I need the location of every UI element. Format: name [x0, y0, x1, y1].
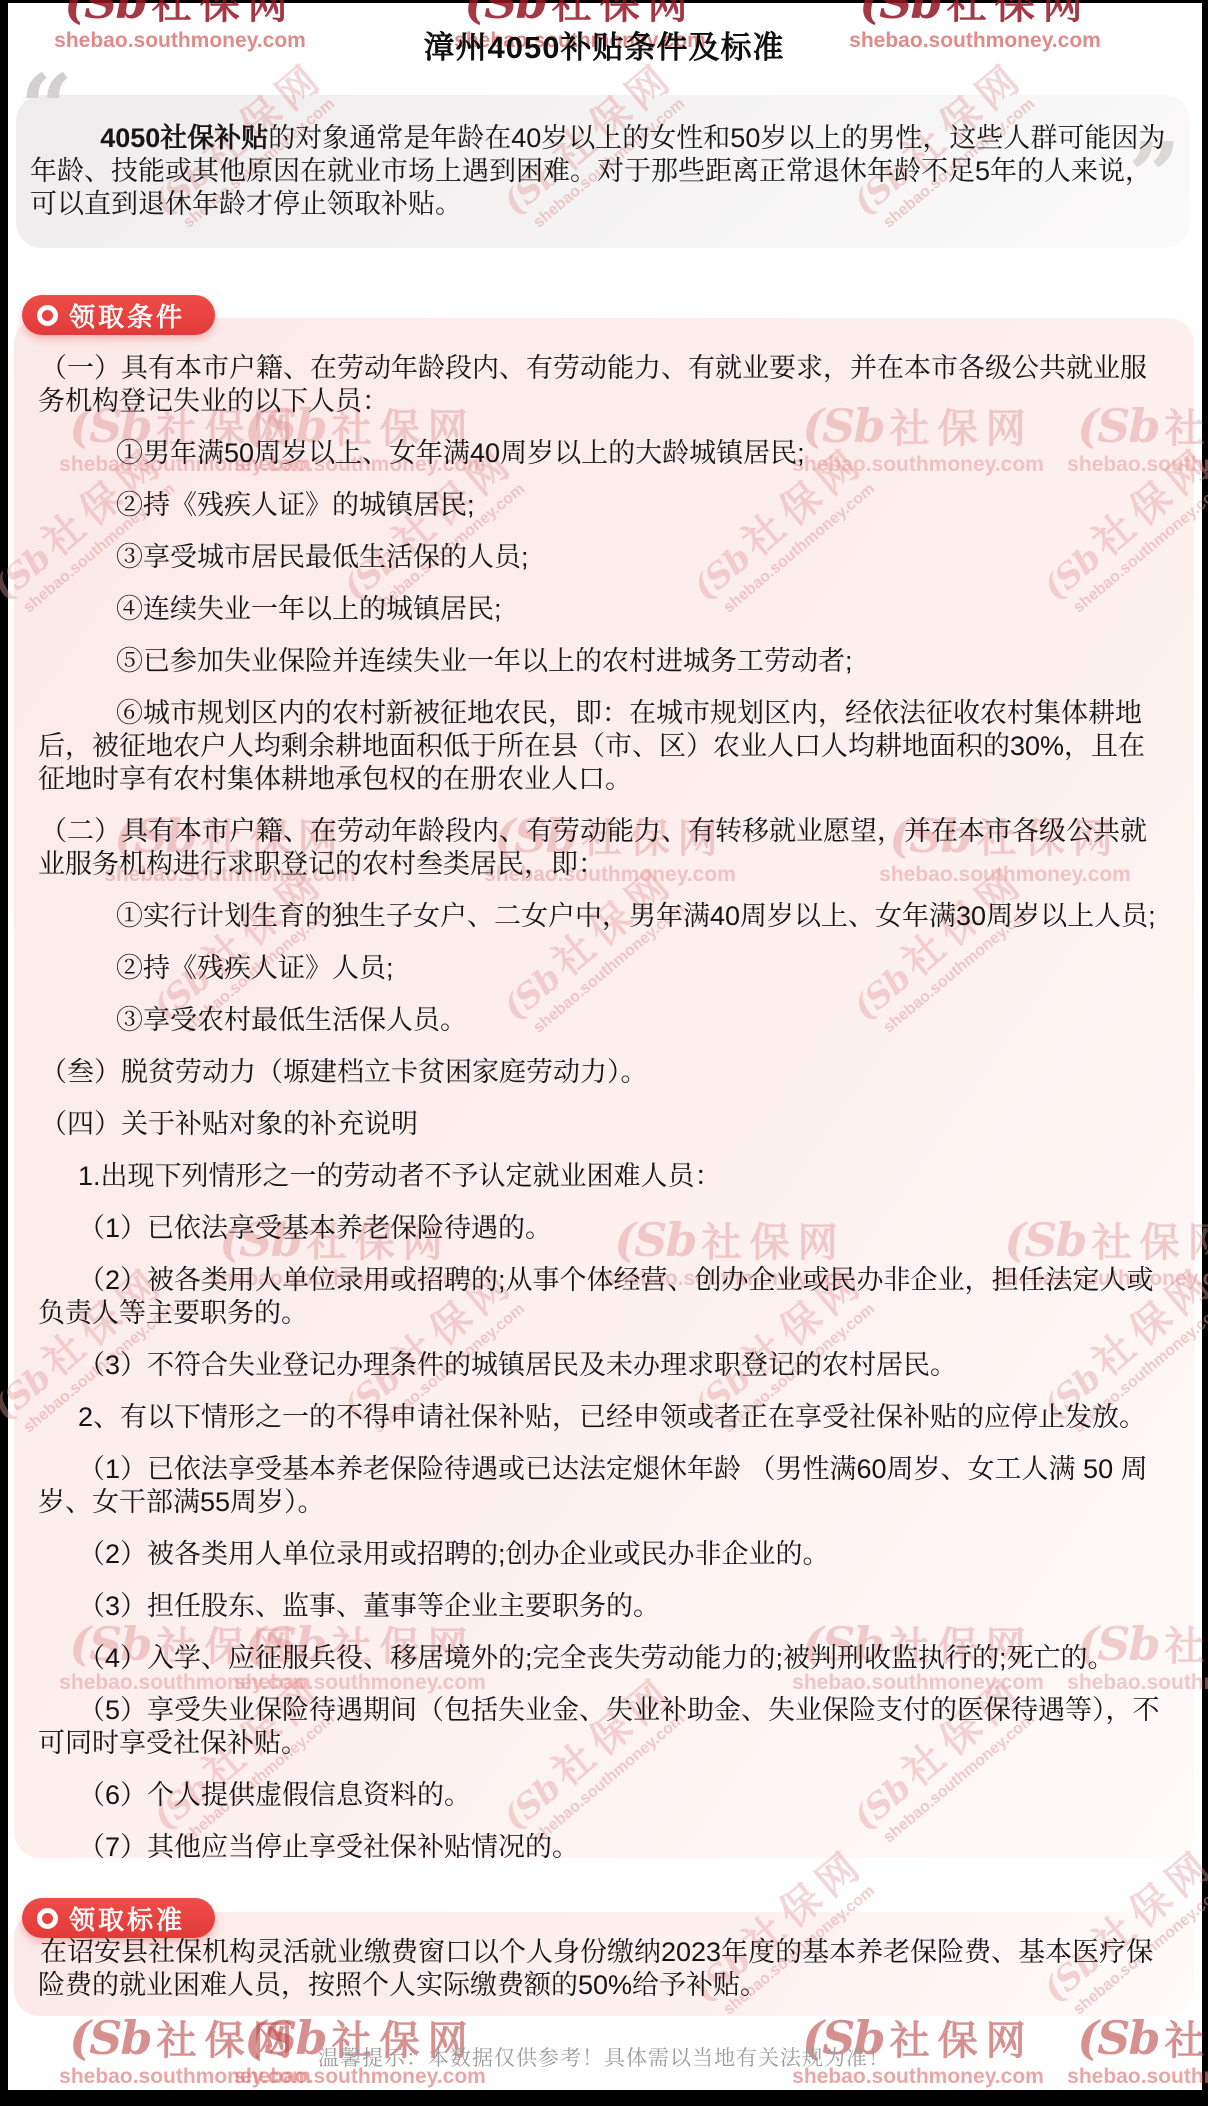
- paragraph: （二）具有本市户籍、在劳动年龄段内、有劳动能力、有转移就业愿望，并在本市各级公共…: [38, 815, 1168, 881]
- section-badge-conditions: 领取条件: [22, 295, 215, 335]
- paragraph: ①男年满50周岁以上、女年满40周岁以上的大龄城镇居民;: [38, 437, 1168, 470]
- screen-edge-right: [1202, 0, 1208, 2106]
- conditions-panel-text: （一）具有本市户籍、在劳动年龄段内、有劳动能力、有就业要求，并在本市各级公共就业…: [14, 352, 1194, 1883]
- intro-bold-term: 4050社保补贴: [100, 123, 268, 153]
- standard-panel-text: 在诏安县社保机构灵活就业缴费窗口以个人身份缴纳2023年度的基本养老保险费、基本…: [14, 1936, 1194, 2021]
- footer-note: 温馨提示：本数据仅供参考！具体需以当地有关法规为准！: [0, 2042, 1208, 2072]
- paragraph: ③享受农村最低生活保人员。: [38, 1004, 1168, 1037]
- paragraph: （一）具有本市户籍、在劳动年龄段内、有劳动能力、有就业要求，并在本市各级公共就业…: [38, 352, 1168, 418]
- article-page: (Sb社保网shebao.southmoney.com(Sb社保网shebao.…: [0, 0, 1208, 2106]
- paragraph: （2）被各类用人单位录用或招聘的;从事个体经营、创办企业或民办非企业，担任法定人…: [38, 1264, 1168, 1330]
- paragraph: （四）关于补贴对象的补充说明: [38, 1108, 1168, 1141]
- paragraph: （6）个人提供虚假信息资料的。: [38, 1779, 1168, 1812]
- ring-icon: [37, 305, 58, 326]
- paragraph: （2）被各类用人单位录用或招聘的;创办企业或民办非企业的。: [38, 1538, 1168, 1571]
- paragraph: ⑤已参加失业保险并连续失业一年以上的农村进城务工劳动者;: [38, 645, 1168, 678]
- ring-icon: [37, 1908, 58, 1929]
- paragraph: ③享受城市居民最低生活保的人员;: [38, 541, 1168, 574]
- page-title: 漳州4050补贴条件及标准: [0, 22, 1208, 67]
- paragraph: ②持《残疾人证》人员;: [38, 952, 1168, 985]
- paragraph: （3）不符合失业登记办理条件的城镇居民及未办理求职登记的农村居民。: [38, 1349, 1168, 1382]
- paragraph: （1）已依法享受基本养老保险待遇或已达法定煺休年龄 （男性满60周岁、女工人满 …: [38, 1453, 1168, 1519]
- paragraph: （3）担任股东、监事、董事等企业主要职务的。: [38, 1590, 1168, 1623]
- paragraph: ①实行计划生育的独生子女户、二女户中，男年满40周岁以上、女年满30周岁以上人员…: [38, 900, 1168, 933]
- paragraph: （5）享受失业保险待遇期间（包括失业金、失业补助金、失业保险支付的医保待遇等），…: [38, 1694, 1168, 1760]
- screen-edge-top: [0, 0, 1208, 3]
- section-badge-standard: 领取标准: [22, 1898, 215, 1938]
- section-badge-label: 领取标准: [69, 1900, 185, 1937]
- paragraph: （4）入学、应征服兵役、移居境外的;完全丧失劳动能力的;被判刑收监执行的;死亡的…: [38, 1642, 1168, 1675]
- paragraph: ②持《残疾人证》的城镇居民;: [38, 489, 1168, 522]
- intro-paragraph: 4050社保补贴的对象通常是年龄在40岁以上的女性和50岁以上的男性，这些人群可…: [16, 95, 1190, 221]
- section-badge-label: 领取条件: [69, 297, 185, 334]
- paragraph: ⑥城市规划区内的农村新被征地农民，即：在城市规划区内，经依法征收农村集体耕地后，…: [38, 697, 1168, 796]
- paragraph: （叁）脱贫劳动力（塬建档立卡贫困家庭劳动力）。: [38, 1056, 1168, 1089]
- screen-edge-left: [0, 0, 8, 2106]
- paragraph: （1）已依法享受基本养老保险待遇的。: [38, 1212, 1168, 1245]
- paragraph: 2、有以下情形之一的不得申请社保补贴，已经申领或者正在享受社保补贴的应停止发放。: [38, 1401, 1168, 1434]
- paragraph: 在诏安县社保机构灵活就业缴费窗口以个人身份缴纳2023年度的基本养老保险费、基本…: [38, 1936, 1168, 2002]
- paragraph: 1.出现下列情形之一的劳动者不予认定就业困难人员：: [38, 1160, 1168, 1193]
- screen-edge-bottom: [0, 2090, 1208, 2106]
- paragraph: ④连续失业一年以上的城镇居民;: [38, 593, 1168, 626]
- paragraph: （7）其他应当停止享受社保补贴情况的。: [38, 1831, 1168, 1864]
